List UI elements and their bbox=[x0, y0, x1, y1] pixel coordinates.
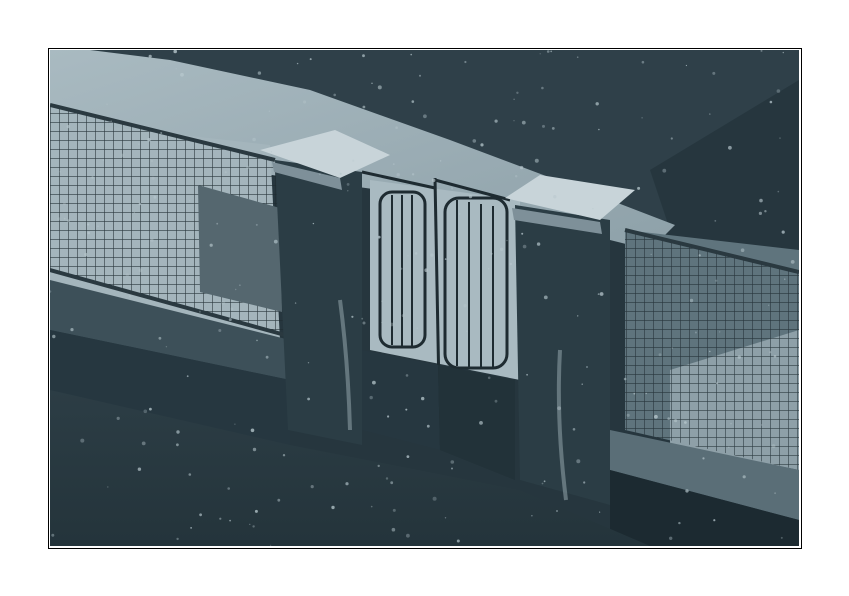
snowy-fence-scene bbox=[50, 50, 799, 546]
photograph bbox=[50, 50, 799, 546]
